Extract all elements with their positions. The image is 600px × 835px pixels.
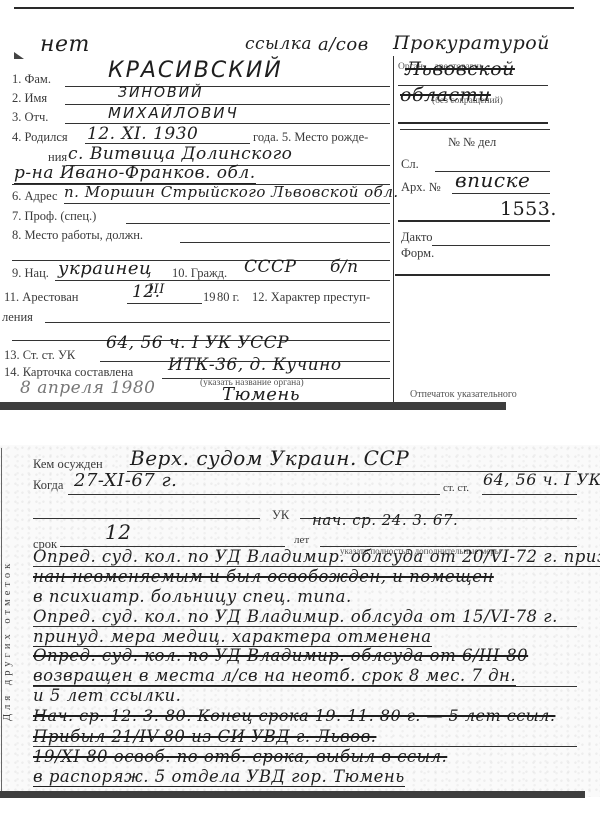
note-line-5: принуд. мера медиц. характера отменена [33,627,432,647]
note-line-1: Опред. суд. кол. по УД Владимир. облсуда… [33,547,600,567]
column-divider [393,56,394,408]
address-label: 6. Адрес [12,189,58,204]
when-articles-value: 64, 56 ч. I УК УССР [483,470,600,489]
surname-line [65,86,390,87]
arch-bottom-line [398,220,550,222]
note-no: нет [40,32,90,57]
ruled-line-4 [33,746,577,747]
convicted-by-value: Верх. судом Украин. ССР [130,446,409,470]
nationality-line [55,280,390,281]
crime-line [45,322,390,323]
note-anti-soviet: а/сов [318,34,369,55]
form-bottom-line [395,274,550,276]
field-1-label: 1. Фам. [12,72,51,87]
articles-value: 64, 56 ч. I УК УССР [106,333,289,353]
organ-print-sub: (без сокращений) [432,96,503,106]
organ-line-2 [398,122,548,124]
note-line-10: Прибыл 21/IV-80 из СИ УВД г. Львов. [33,727,376,746]
term-years-label: лет [294,534,309,546]
note-prosecutor: Прокуратурой [393,32,550,54]
arrested-line [127,303,202,304]
workplace-line [180,242,390,243]
arch-label: Арх. № [401,180,441,195]
surname-value: КРАСИВСКИЙ [108,58,283,83]
born-value: 12. XI. 1930 [87,124,198,144]
when-value: 27-XI-67 г. [74,470,177,491]
note-line-9: Нач. ср. 12. 3. 80. Конец срока 19. 11. … [33,706,555,725]
compiled-date: 8 апреля 1980 [20,378,156,398]
ruled-line-1 [33,566,577,567]
organ-handwritten-1: Львовской [405,58,515,80]
born-label: 4. Родился [12,130,68,145]
side-label: Для других отметок [2,520,18,760]
arch-line [452,193,550,194]
organ-line-3 [400,129,550,130]
party-status-value: б/п [330,257,359,277]
citizenship-value: СССР [244,257,296,277]
card-compiled-value: ИТК-36, д. Кучино [168,355,342,375]
when-articles-line [482,494,577,495]
dakto-line [432,245,550,246]
uk-note: нач. ср. 24. 3. 67. [312,511,458,529]
when-label: Когда [33,478,63,493]
note-line-11: 19/XI 80 освоб. по отб. срока, выбыл в с… [33,747,447,766]
arch-value: вписке [455,168,530,192]
arrested-month: III [148,282,165,297]
fingerprint-label: Отпечаток указательного [410,389,517,400]
address-line [64,203,390,204]
case-numbers-label: № № дел [448,135,496,150]
note-line-8: и 5 лет ссылки. [33,686,181,705]
citizenship-label: 10. Гражд. [172,266,227,281]
uk-label: УК [272,508,289,523]
arrested-label: 11. Арестован [4,290,79,305]
corner-mark-icon [14,52,24,59]
note-line-3: в психиатр. больницу спец. типа. [33,587,352,606]
note-line-6: Опред. суд. кол. по УД Владимир. облсуда… [33,646,528,665]
nationality-value: украинец [58,258,152,279]
crime-label: 12. Характер преступ- [252,290,370,305]
when-articles-label: ст. ст. [443,482,469,494]
born-year-suffix: года. 5. Место рожде- [253,130,368,145]
note-link: ссылка [245,34,312,54]
name-value: ЗИНОВИЙ [118,85,204,101]
field-3-label: 3. Отч. [12,110,48,125]
when-line [68,494,440,495]
term-value: 12 [105,520,131,544]
arch-number: 1553. [500,198,557,220]
note-line-4: Опред. суд. кол. по УД Владимир. облсуда… [33,607,558,627]
top-border-line [14,7,574,9]
note-line-7: возвращен в места л/св на неотб. срок 8 … [33,666,516,686]
arrested-year-prefix: 19 [203,290,216,305]
ruled-line-2 [33,626,577,627]
crime-label-cont: ления [2,310,33,325]
nationality-label: 9. Нац. [12,266,49,281]
dakto-label: Дакто [401,230,433,245]
workplace-label: 8. Место работы, должн. [12,228,143,243]
profession-label: 7. Проф. (спец.) [12,209,96,224]
patronymic-value: МИХАЙЛОВИЧ [108,104,239,122]
top-card-bottom-edge [0,402,506,410]
articles-label: 13. Ст. ст. УК [4,348,75,363]
ruled-line-3 [33,686,577,687]
profession-line [126,223,390,224]
form-label: Форм. [401,246,434,261]
note-line-12: в распоряж. 5 отдела УВД гор. Тюмень [33,767,405,787]
address-value: п. Моршин Стрыйского Львовской обл. [64,183,399,201]
birthplace-line-1: с. Витвица Долинского [68,144,292,164]
bottom-card-left-edge [1,448,2,796]
bottom-card-bottom-edge [0,791,585,798]
uk-line-left [33,518,260,519]
arrested-year-suffix: 80 г. [217,290,239,305]
birthplace-line-2: р-на Ивано-Франков. обл. [14,163,256,184]
note-line-2: нан невменяемым и был освобожден, и поме… [33,567,494,586]
field-2-label: 2. Имя [12,91,47,106]
sl-label: Сл. [401,157,419,172]
